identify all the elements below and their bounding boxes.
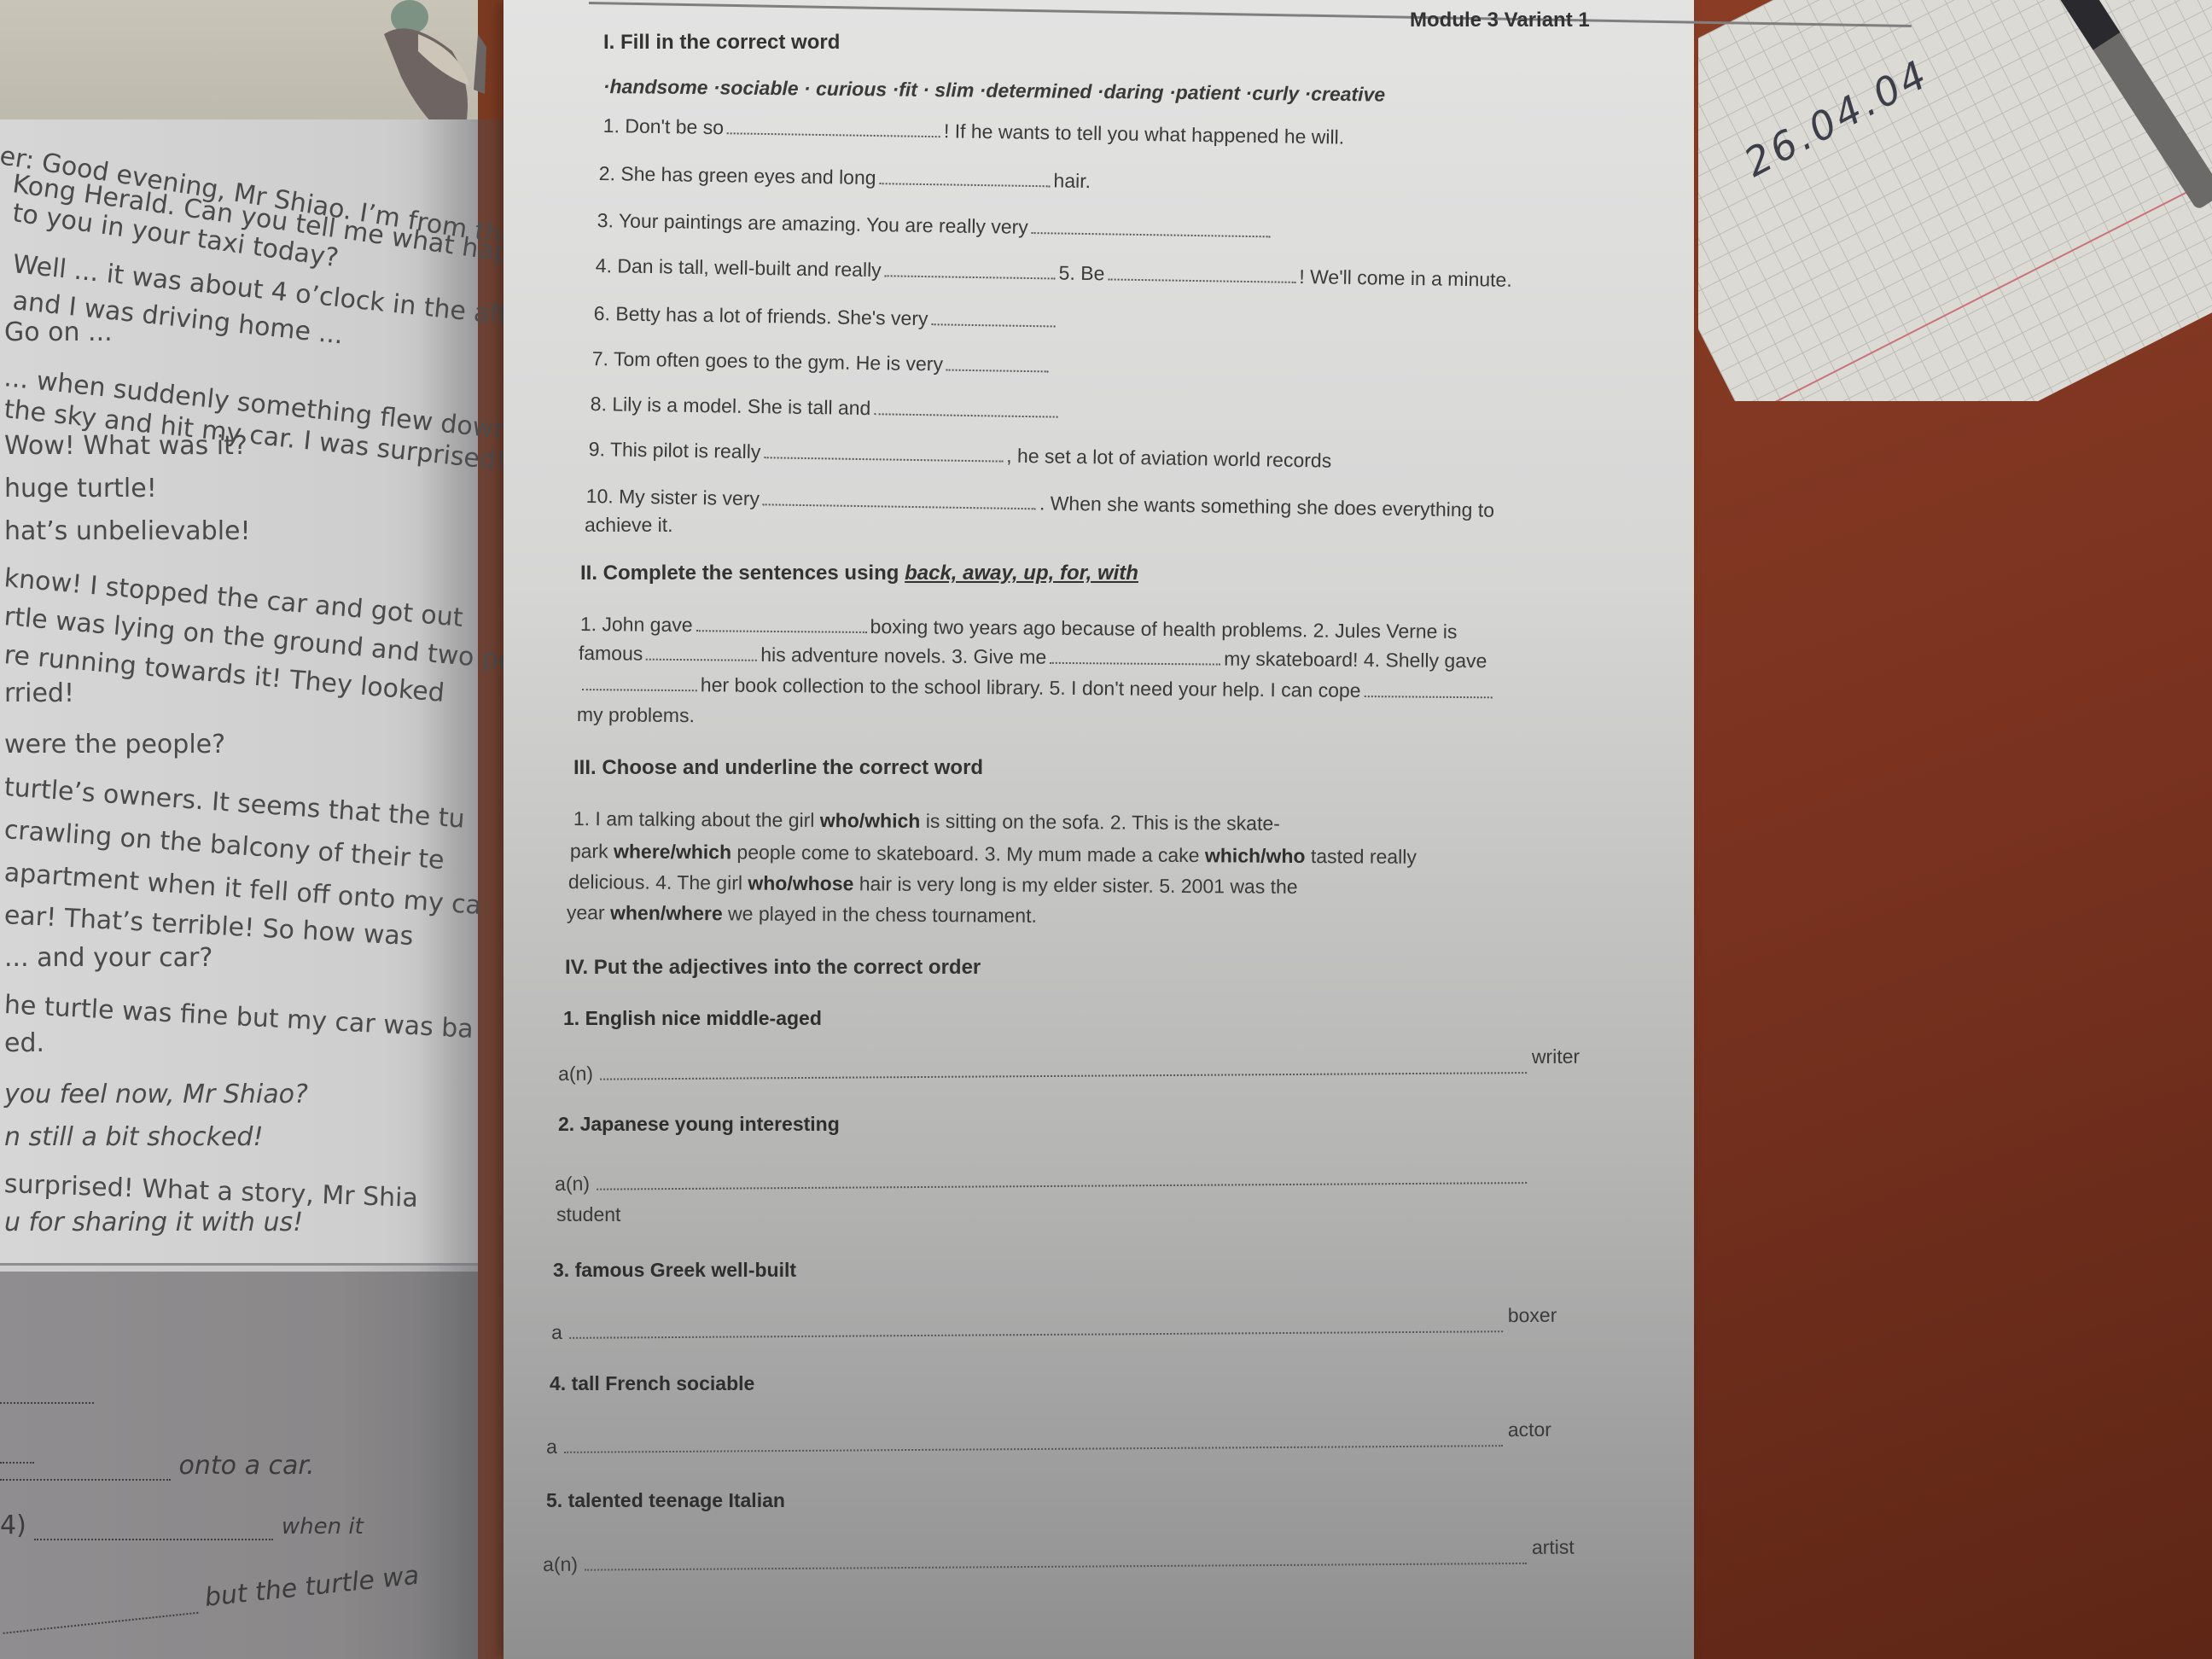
item-text: 8. Lily is a model. She is tall and bbox=[591, 393, 871, 419]
fill-item-7: 8. Lily is a model. She is tall and bbox=[591, 393, 1062, 423]
answer-blank[interactable] bbox=[564, 1443, 1503, 1453]
item-text: 1. Don't be so bbox=[603, 114, 725, 138]
dialogue-line: you feel now, Mr Shiao? bbox=[4, 1080, 308, 1109]
item-text: ! If he wants to tell you what happened … bbox=[944, 119, 1345, 148]
word-choice[interactable]: who/whose bbox=[748, 871, 853, 894]
answer-blank[interactable] bbox=[1032, 230, 1271, 237]
choice-line-3: delicious. 4. The girl who/whose hair is… bbox=[568, 870, 1298, 899]
word-bank: ·handsome ·sociable · curious ·fit · sli… bbox=[603, 75, 1386, 107]
adjective-prompt-1: 1. English nice middle-aged bbox=[563, 1007, 822, 1030]
word-choice[interactable]: when/where bbox=[610, 901, 723, 924]
line-text: his adventure novels. 3. Give me bbox=[760, 643, 1046, 668]
line-text: year bbox=[567, 901, 610, 923]
article-label: a(n) bbox=[543, 1553, 578, 1575]
item-text: ! We'll come in a minute. bbox=[1299, 265, 1512, 291]
section2-heading: II. Complete the sentences using back, a… bbox=[580, 562, 1138, 585]
dialogue-line: ... and your car? bbox=[4, 943, 212, 973]
item-text: 9. This pilot is really bbox=[589, 438, 761, 463]
fill-item-2: 2. She has green eyes and longhair. bbox=[599, 162, 1091, 193]
adjective-prompt-2: 2. Japanese young interesting bbox=[558, 1113, 840, 1136]
dialogue-line: rried! bbox=[4, 678, 74, 708]
answer-blank[interactable] bbox=[585, 1561, 1527, 1571]
choice-line-4: year when/where we played in the chess t… bbox=[567, 901, 1037, 928]
line-text: my skateboard! 4. Shelly gave bbox=[1224, 648, 1487, 672]
dialogue-line: Go on ... bbox=[4, 317, 113, 347]
textbook-page: er: Good evening, Mr Shiao. I’m from the… bbox=[0, 0, 478, 1659]
phrasal-line-4: my problems. bbox=[577, 703, 695, 727]
fill-item-5: 6. Betty has a lot of friends. She's ver… bbox=[594, 302, 1059, 333]
item-text: 3. Your paintings are amazing. You are r… bbox=[597, 209, 1028, 238]
dialogue-line: hat’s unbelievable! bbox=[4, 516, 251, 546]
fill-item-8: 9. This pilot is really, he set a lot of… bbox=[589, 438, 1332, 473]
item-text: . When she wants something she does ever… bbox=[1039, 492, 1494, 521]
item-text: , he set a lot of aviation world records bbox=[1006, 445, 1331, 472]
article-label: a(n) bbox=[555, 1173, 590, 1195]
answer-blank[interactable] bbox=[600, 1070, 1527, 1080]
answer-blank[interactable] bbox=[727, 131, 940, 137]
adjective-prompt-5: 5. talented teenage Italian bbox=[546, 1489, 785, 1512]
answer-blank[interactable] bbox=[1108, 276, 1295, 282]
fill-item-6: 7. Tom often goes to the gym. He is very bbox=[592, 347, 1053, 377]
phrasal-line-1: 1. John gaveboxing two years ago because… bbox=[580, 613, 1458, 643]
answer-blank[interactable] bbox=[879, 181, 1050, 187]
phrasal-line-2: famoushis adventure novels. 3. Give memy… bbox=[579, 642, 1487, 672]
item-text: 7. Tom often goes to the gym. He is very bbox=[592, 347, 944, 375]
line-text: 1. John gave bbox=[580, 613, 693, 636]
line-text: we played in the chess tournament. bbox=[723, 902, 1037, 927]
variant-label: Module 3 Variant 1 bbox=[1410, 9, 1590, 32]
article-label: a(n) bbox=[558, 1062, 593, 1085]
fill-item-1: 1. Don't be so! If he wants to tell you … bbox=[603, 114, 1345, 149]
answer-blank[interactable] bbox=[763, 502, 1036, 509]
line-text: people come to skateboard. 3. My mum mad… bbox=[731, 841, 1205, 866]
exercise-item-4: 4) when it bbox=[0, 1511, 364, 1540]
choice-line-1: 1. I am talking about the girl who/which… bbox=[573, 807, 1280, 835]
answer-blank[interactable] bbox=[931, 322, 1055, 327]
section1-heading: I. Fill in the correct word bbox=[603, 31, 840, 55]
noun-label: actor bbox=[1508, 1418, 1551, 1441]
line-text: her book collection to the school librar… bbox=[701, 673, 1361, 701]
line-text: hair is very long is my elder sister. 5.… bbox=[853, 872, 1297, 898]
noun-label: artist bbox=[1532, 1536, 1575, 1558]
answer-blank[interactable] bbox=[696, 628, 867, 633]
adjective-prompt-4: 4. tall French sociable bbox=[550, 1372, 754, 1395]
dialogue-line: Wow! What was it? bbox=[4, 431, 247, 461]
answer-blank[interactable] bbox=[1364, 694, 1492, 698]
answer-blank[interactable] bbox=[646, 657, 757, 661]
item-text: hair. bbox=[1053, 169, 1091, 192]
noun-label: writer bbox=[1532, 1045, 1580, 1068]
line-text: 1. I am talking about the girl bbox=[573, 807, 820, 831]
adjective-answer-4: aactor bbox=[546, 1429, 1551, 1458]
adjective-answer-5: a(n)artist bbox=[543, 1546, 1575, 1576]
fill-item-3: 3. Your paintings are amazing. You are r… bbox=[597, 209, 1274, 242]
adjective-prompt-3: 3. famous Greek well-built bbox=[553, 1259, 796, 1282]
answer-blank[interactable] bbox=[597, 1180, 1527, 1190]
line-text: is sitting on the sofa. 2. This is the s… bbox=[920, 810, 1280, 835]
fill-item-continuation: achieve it. bbox=[585, 514, 673, 537]
noun-label: boxer bbox=[1508, 1304, 1557, 1326]
dialogue-line: were the people? bbox=[4, 730, 225, 760]
word-choice[interactable]: where/which bbox=[614, 840, 731, 863]
answer-blank[interactable] bbox=[1050, 661, 1220, 666]
item-text: 5. Be bbox=[1058, 262, 1104, 285]
fill-item-4: 4. Dan is tall, well-built and really5. … bbox=[596, 254, 1512, 292]
line-text: delicious. 4. The girl bbox=[568, 870, 748, 894]
item-text: 10. My sister is very bbox=[586, 485, 760, 509]
line-text: tasted really bbox=[1305, 845, 1417, 868]
line-text: park bbox=[570, 840, 614, 862]
article-label: a bbox=[546, 1435, 557, 1458]
adjective-answer-3: aboxer bbox=[551, 1314, 1557, 1344]
noun-label: student bbox=[556, 1203, 620, 1226]
answer-blank[interactable] bbox=[569, 1329, 1503, 1339]
word-choice[interactable]: who/which bbox=[820, 809, 921, 832]
article-label: a bbox=[551, 1321, 562, 1343]
adjective-answer-2: a(n) bbox=[555, 1166, 1527, 1196]
exercise-line-onto-car: onto a car. bbox=[0, 1451, 314, 1481]
dialogue-line: ed. bbox=[4, 1028, 44, 1058]
textbook-exercise: onto a car. 4) when it but the turtle wa bbox=[0, 1272, 478, 1659]
item-text: 4. Dan is tall, well-built and really bbox=[596, 254, 882, 281]
choice-line-2: park where/which people come to skateboa… bbox=[570, 840, 1417, 869]
answer-blank[interactable] bbox=[885, 273, 1056, 279]
word-choice[interactable]: which/who bbox=[1205, 844, 1306, 867]
dialogue-line: huge turtle! bbox=[4, 474, 157, 504]
item-text: 6. Betty has a lot of friends. She's ver… bbox=[594, 302, 928, 329]
dialogue-line: u for sharing it with us! bbox=[4, 1208, 303, 1237]
item-text: 2. She has green eyes and long bbox=[599, 162, 876, 189]
line-text: famous bbox=[579, 642, 643, 665]
line-text: my problems. bbox=[577, 703, 695, 726]
phrasal-line-3: her book collection to the school librar… bbox=[579, 672, 1496, 703]
answer-blank[interactable] bbox=[764, 455, 1003, 462]
fill-item-9: 10. My sister is very. When she wants so… bbox=[586, 485, 1495, 522]
line-text: boxing two years ago because of health p… bbox=[870, 615, 1457, 643]
dialogue-line: n still a bit shocked! bbox=[4, 1122, 263, 1152]
exercise-line-turtle: but the turtle wa bbox=[0, 1561, 421, 1634]
section3-heading: III. Choose and underline the correct wo… bbox=[573, 756, 983, 780]
answer-blank[interactable] bbox=[946, 368, 1049, 373]
answer-blank[interactable] bbox=[874, 411, 1057, 417]
answer-blank[interactable] bbox=[582, 687, 697, 691]
section4-heading: IV. Put the adjectives into the correct … bbox=[565, 956, 981, 980]
worksheet-page: Module 3 Variant 1 I. Fill in the correc… bbox=[504, 0, 1694, 1659]
adjective-answer-1: a(n)writer bbox=[558, 1056, 1580, 1086]
